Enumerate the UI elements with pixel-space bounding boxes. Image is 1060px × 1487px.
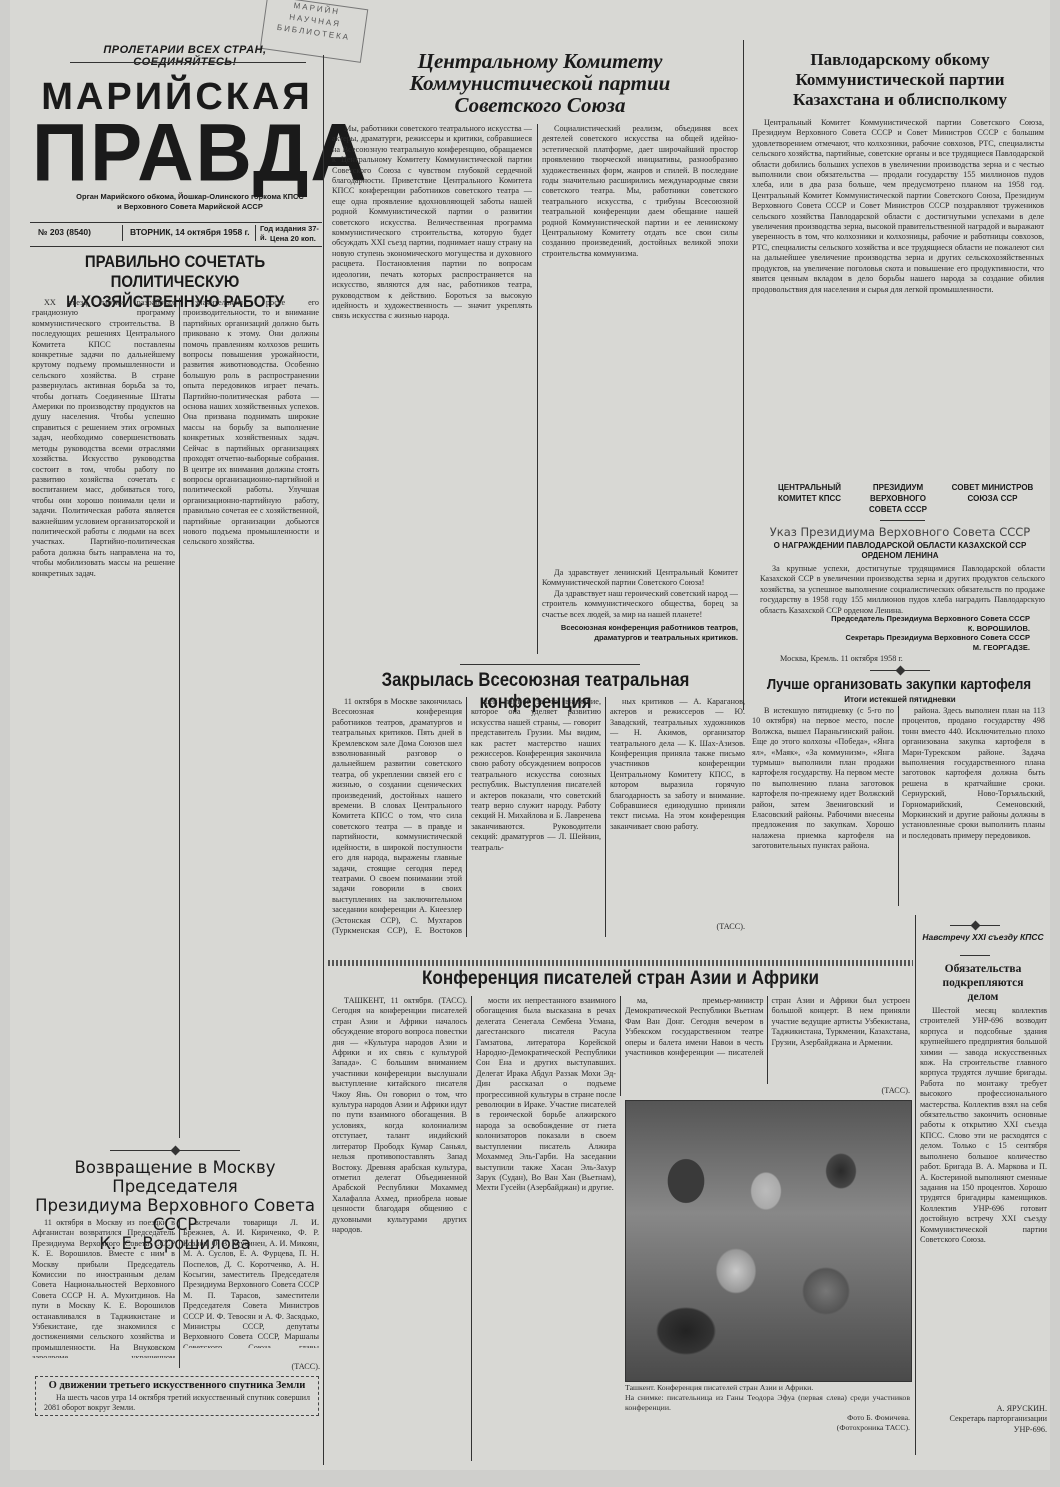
column-rule xyxy=(915,915,916,1455)
sputnik-body: На шесть часов утра 14 октября третий ис… xyxy=(36,1391,318,1416)
editorial-col1: XX съезд партии разработал грандиозную п… xyxy=(32,298,175,1138)
masthead-organ: Орган Марийского обкома, Йошкар-Олинског… xyxy=(60,192,320,212)
writers-conf-col1: ТАШКЕНТ, 11 октября. (ТАСС). Сегодня на … xyxy=(332,996,467,1461)
info-divider xyxy=(255,225,256,241)
section-ornament xyxy=(870,670,930,671)
slogan-rule xyxy=(70,62,306,63)
writers-conf-col2: мости их непрестанного взаимного обогаще… xyxy=(476,996,616,1461)
conference-photo xyxy=(625,1100,912,1382)
section-ornament xyxy=(950,925,1000,926)
photo-caption: Ташкент. Конференция писателей стран Ази… xyxy=(625,1383,910,1433)
editorial-col2: значительном росте его производительност… xyxy=(183,298,319,1138)
cpsu-letter-headline: Центральному Комитету Коммунистической п… xyxy=(340,50,740,116)
section-rule xyxy=(460,664,640,665)
issue-number: № 203 (8540) xyxy=(38,227,91,237)
issue-date: ВТОРНИК, 14 октября 1958 г. xyxy=(130,227,250,237)
voroshilov-source: (ТАСС). xyxy=(280,1362,320,1372)
cpsu-letter-col1: Мы, работники советского театрального ис… xyxy=(332,124,532,654)
column-rule xyxy=(471,996,472,1461)
column-rule xyxy=(620,996,621,1096)
column-rule xyxy=(179,1218,180,1368)
decree-subtitle: О НАГРАЖДЕНИИ ПАВЛОДАРСКОЙ ОБЛАСТИ КАЗАХ… xyxy=(750,541,1050,561)
info-divider xyxy=(122,225,123,241)
column-rule xyxy=(537,124,538,654)
potato-headline: Лучше организовать закупки картофеля xyxy=(766,676,1032,694)
slogan: ПРОЛЕТАРИИ ВСЕХ СТРАН, СОЕДИНЯЙТЕСЬ! xyxy=(60,44,310,68)
obligations-signature: А. ЯРУСКИН. Секретарь парторганизации УН… xyxy=(920,1404,1047,1435)
decree-body: За крупные успехи, достигнутые трудящими… xyxy=(760,564,1045,616)
newspaper-page: МАРИЙН НАУЧНАЯ БИБЛИОТЕКА ПРОЛЕТАРИИ ВСЕ… xyxy=(10,0,1050,1470)
signer-presidium: ПРЕЗИДИУМ ВЕРХОВНОГО СОВЕТА СССР xyxy=(863,482,933,515)
price: Цена 20 коп. xyxy=(270,234,316,243)
obligations-body: Шестой месяц коллектив строителей УНР-69… xyxy=(920,1006,1047,1404)
potato-col1: В истекшую пятидневку (с 5-го по 10 октя… xyxy=(752,706,894,906)
decree-title: Указ Президиума Верховного Совета СССР xyxy=(750,525,1050,539)
column-rule xyxy=(323,55,324,1465)
pavlodar-body: Центральный Комитет Коммунистической пар… xyxy=(752,118,1044,478)
issue-info-bar: № 203 (8540) ВТОРНИК, 14 октября 1958 г.… xyxy=(30,222,322,245)
writers-conf-col3: ма, премьер-министр Демократической Респ… xyxy=(625,996,910,1084)
sputnik-headline: О движении третьего искусственного спутн… xyxy=(36,1380,318,1391)
section-ornament xyxy=(110,1150,240,1151)
masthead-bottom-rule xyxy=(30,246,322,247)
wavy-divider xyxy=(328,960,913,966)
writers-conf-headline: Конференция писателей стран Азии и Африк… xyxy=(357,968,884,990)
editorial-headline-line1: ПРАВИЛЬНО СОЧЕТАТЬ ПОЛИТИЧЕСКУЮ xyxy=(43,252,307,292)
cpsu-letter-signature: Всесоюзная конференция работников театро… xyxy=(542,623,738,643)
obligations-headline: Обязательства подкрепляются делом xyxy=(918,962,1048,1004)
obligations-kicker: Навстречу XXI съезду КПСС xyxy=(918,932,1048,942)
decree-signatures: Председатель Президиума Верховного Совет… xyxy=(750,614,1030,652)
voroshilov-col1: 11 октября в Москву из поездки в Афганис… xyxy=(32,1218,175,1358)
cheer-1: Да здравствует ленинский Центральный Ком… xyxy=(542,568,738,589)
cpsu-letter-col2: Социалистический реализм, объединяя всех… xyxy=(542,124,738,654)
column-rule xyxy=(179,298,180,1138)
column-rule xyxy=(898,706,899,906)
potato-subhead: Итоги истекшей пятидневки xyxy=(750,694,1050,705)
voroshilov-col2: встречали товарищи Л. И. Брежнев, А. И. … xyxy=(183,1218,319,1348)
section-rule xyxy=(960,955,990,956)
writers-conf-source: (ТАСС). xyxy=(860,1086,910,1096)
theatre-conf-col3: ных критиков — А. Караганов, актеров и р… xyxy=(610,697,745,919)
decree-place-date: Москва, Кремль. 11 октября 1958 г. xyxy=(780,654,980,664)
column-rule xyxy=(605,697,606,937)
theatre-conf-col2: шей партии за то внимание, которое она у… xyxy=(471,697,601,937)
signer-central-committee: ЦЕНТРАЛЬНЫЙ КОМИТЕТ КПСС xyxy=(762,482,857,504)
column-rule xyxy=(466,697,467,937)
sputnik-box: О движении третьего искусственного спутн… xyxy=(35,1376,319,1416)
potato-col2: района. Здесь выполнен план на 113 проце… xyxy=(902,706,1045,906)
theatre-conf-col1: 11 октября в Москве закончилась Всесоюзн… xyxy=(332,697,462,937)
organ-line1: Орган Марийского обкома, Йошкар-Олинског… xyxy=(60,192,320,202)
signer-council-of-ministers: СОВЕТ МИНИСТРОВ СОЮЗА ССР xyxy=(945,482,1040,504)
column-rule xyxy=(743,40,744,710)
masthead-title-line2: ПРАВДА xyxy=(32,110,322,194)
organ-line2: и Верховного Совета Марийской АССР xyxy=(60,202,320,212)
section-rule xyxy=(880,520,925,521)
pavlodar-headline: Павлодарскому обкому Коммунистической па… xyxy=(750,50,1050,110)
theatre-conf-source: (ТАСС). xyxy=(700,922,745,932)
cheer-2: Да здравствует наш героический советский… xyxy=(542,589,738,620)
